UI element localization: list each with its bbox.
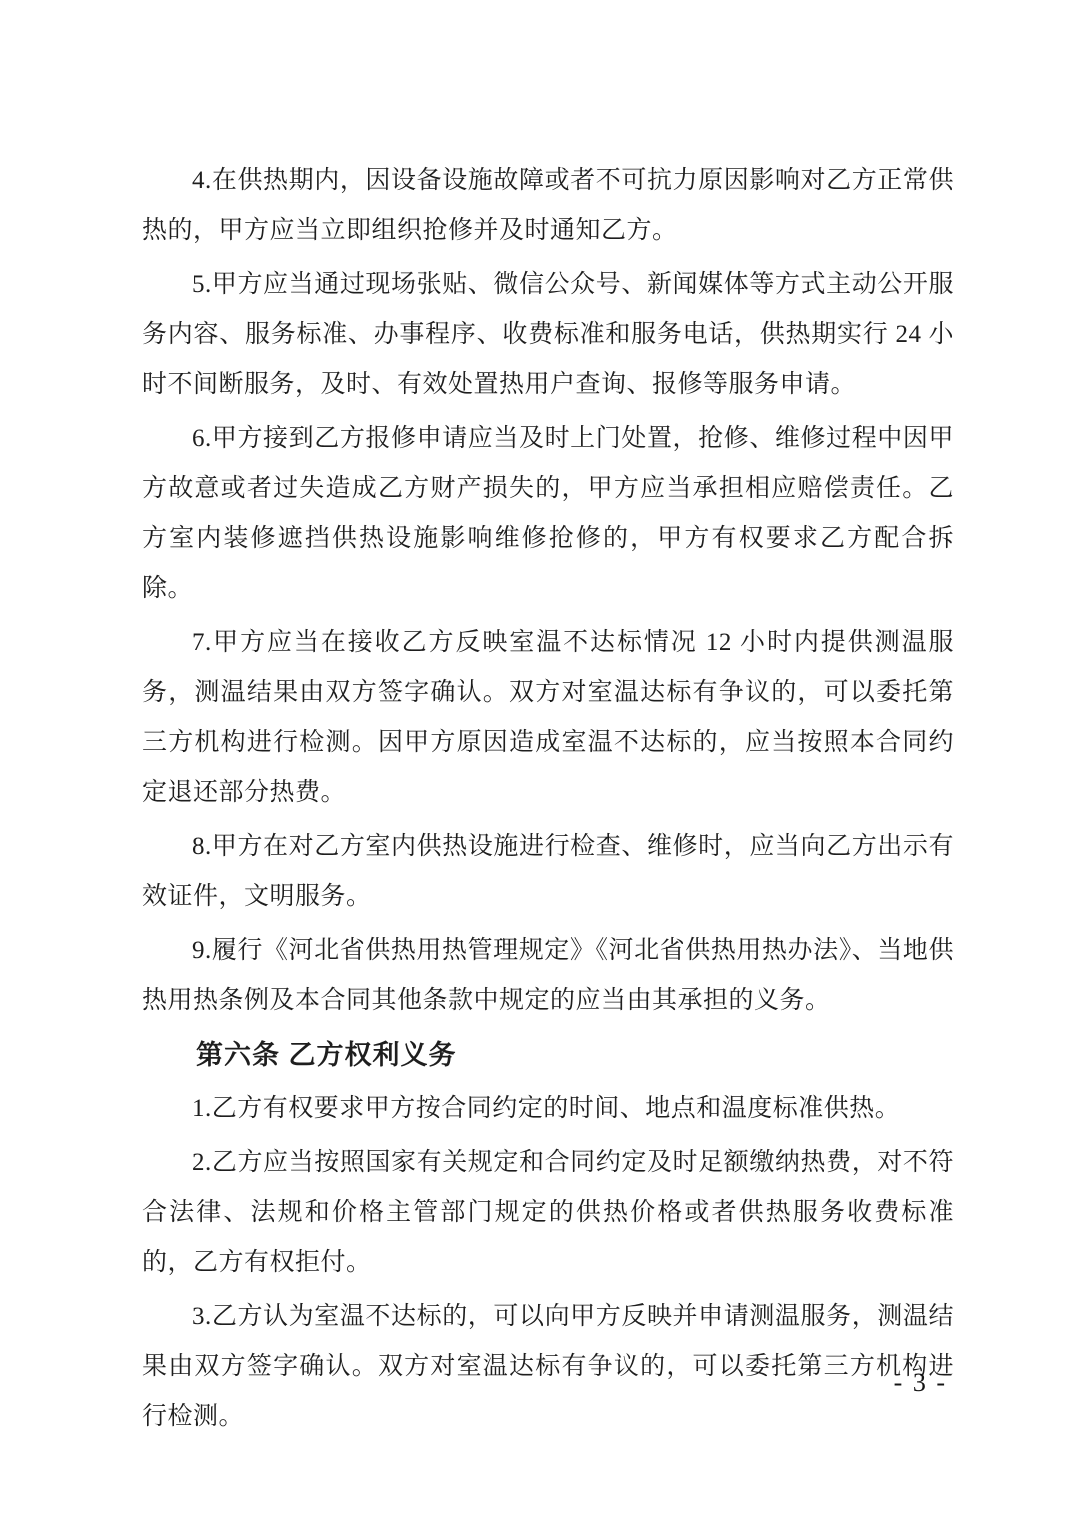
- contract-paragraph-item-9: 9.履行《河北省供热用热管理规定》《河北省供热用热办法》、当地供热用热条例及本合…: [142, 926, 954, 1026]
- contract-body: 4.在供热期内，因设备设施故障或者不可抗力原因影响对乙方正常供热的，甲方应当立即…: [142, 156, 954, 1446]
- page-number: - 3 -: [894, 1368, 947, 1398]
- contract-paragraph-item-6: 6.甲方接到乙方报修申请应当及时上门处置，抢修、维修过程中因甲方故意或者过失造成…: [142, 414, 954, 614]
- section-heading-article-6: 第六条 乙方权利义务: [142, 1030, 954, 1080]
- contract-paragraph-item-3: 3.乙方认为室温不达标的，可以向甲方反映并申请测温服务，测温结果由双方签字确认。…: [142, 1292, 954, 1442]
- contract-paragraph-item-8: 8.甲方在对乙方室内供热设施进行检查、维修时，应当向乙方出示有效证件，文明服务。: [142, 822, 954, 922]
- contract-paragraph-item-5: 5.甲方应当通过现场张贴、微信公众号、新闻媒体等方式主动公开服务内容、服务标准、…: [142, 260, 954, 410]
- contract-paragraph-item-2: 2.乙方应当按照国家有关规定和合同约定及时足额缴纳热费，对不符合法律、法规和价格…: [142, 1138, 954, 1288]
- contract-paragraph-item-7: 7.甲方应当在接收乙方反映室温不达标情况 12 小时内提供测温服务，测温结果由双…: [142, 618, 954, 818]
- contract-page: 4.在供热期内，因设备设施故障或者不可抗力原因影响对乙方正常供热的，甲方应当立即…: [0, 0, 1080, 1527]
- contract-paragraph-item-1: 1.乙方有权要求甲方按合同约定的时间、地点和温度标准供热。: [142, 1084, 954, 1134]
- contract-paragraph-item-4: 4.在供热期内，因设备设施故障或者不可抗力原因影响对乙方正常供热的，甲方应当立即…: [142, 156, 954, 256]
